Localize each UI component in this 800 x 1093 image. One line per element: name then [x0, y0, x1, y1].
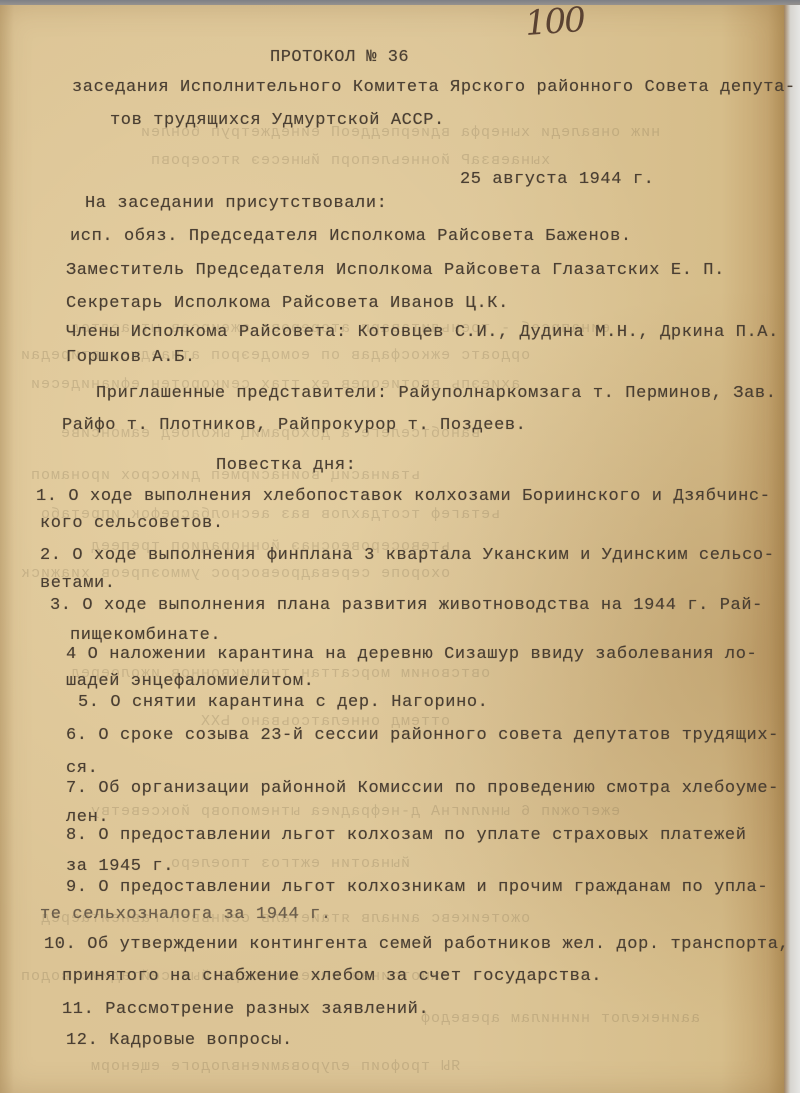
invited-line-1: Приглашенные представители: Райуполнарко… [96, 384, 777, 403]
agenda-item-continuation: кого сельсоветов. [40, 514, 224, 533]
agenda-item-text: О предоставлении льгот колхозам по уплат… [98, 826, 746, 845]
agenda-item-continuation: пищекомбинате. [70, 626, 221, 645]
agenda-item-text: Рассмотрение разных заявлений. [105, 1000, 429, 1019]
agenda-item-number: 11. [62, 1000, 94, 1019]
bleed-through-text: йынаотин ежтгоз тпоелеро [170, 855, 410, 872]
bleed-through-text: ЯЫ трофоип елуровамиенвлодоге ещенорм [90, 1058, 460, 1075]
agenda-item: 7. Об организации районной Комиссии по п… [66, 779, 779, 798]
agenda-item-text: Об утверждении контингента семей работни… [87, 935, 789, 954]
agenda-item: 9. О предоставлении льгот колхозникам и … [66, 878, 768, 897]
agenda-item-number: 10. [44, 935, 76, 954]
agenda-item-text: О ходе выполнения хлебопоставок колхозам… [68, 487, 770, 506]
agenda-item: 10. Об утверждении контингента семей раб… [44, 935, 789, 954]
invited-line-2: Райфо т. Плотников, Райпрокурор т. Позде… [62, 416, 526, 435]
agenda-item-text: Об организации районной Комиссии по пров… [98, 779, 779, 798]
agenda-item-text: О наложении карантина на деревню Сизашур… [88, 645, 758, 664]
agenda-item: 11. Рассмотрение разных заявлений. [62, 1000, 429, 1019]
agenda-item: 2. О ходе выполнения финплана 3 квартала… [40, 546, 775, 565]
document-title: ПРОТОКОЛ № 36 [270, 48, 409, 67]
scan-right-edge [784, 5, 800, 1093]
agenda-item: 5. О снятии карантина с дер. Нагорино. [78, 693, 488, 712]
agenda-item: 4 О наложении карантина на деревню Сизаш… [66, 645, 757, 664]
agenda-title: Повестка дня: [216, 456, 356, 475]
agenda-item-text: О ходе выполнения плана развития животно… [82, 596, 763, 615]
agenda-item-number: 7. [66, 779, 88, 798]
bleed-through-text: хынаевзаР йоннеьлепорп йынесеэ ятсоеровп [150, 152, 550, 169]
agenda-item-text: О снятии карантина с дер. Нагорино. [110, 693, 488, 712]
agenda-item-continuation: лен. [66, 808, 109, 827]
agenda-item-number: 1. [36, 487, 58, 506]
agenda-item-continuation: те сельхозналога за 1944 г. [40, 905, 332, 924]
attendee-line: Секретарь Исполкома Райсовета Иванов Ц.К… [66, 294, 509, 313]
attendee-line: Заместитель Председателя Исполкома Райсо… [66, 261, 725, 280]
agenda-item-text: Кадровые вопросы. [109, 1031, 293, 1050]
attendee-line: Члены Исполкома Райсовета: Котовцев С.И.… [66, 323, 779, 342]
agenda-item: 8. О предоставлении льгот колхозам по уп… [66, 826, 747, 845]
agenda-item: 6. О сроке созыва 23-й сессии районного … [66, 726, 779, 745]
agenda-item-continuation: ся. [66, 759, 98, 778]
agenda-item-number: 8. [66, 826, 88, 845]
heading-line-2: тов трудящихся Удмуртской АССР. [110, 111, 445, 130]
agenda-item-number: 4 [66, 645, 77, 664]
agenda-item-continuation: ветами. [40, 574, 116, 593]
agenda-item-number: 6. [66, 726, 88, 745]
agenda-item-text: О сроке созыва 23-й сессии районного сов… [98, 726, 779, 745]
meeting-date: 25 августа 1944 г. [460, 170, 654, 189]
folio-number-handwritten: 100 [524, 0, 586, 44]
agenda-item-continuation: принятого на снабжение хлебом за счет го… [62, 967, 602, 986]
agenda-item-text: О предоставлении льгот колхозникам и про… [98, 878, 768, 897]
agenda-item-continuation: шадей энцефаломиелитом. [66, 672, 314, 691]
agenda-item-continuation: за 1945 г. [66, 857, 174, 876]
agenda-item-number: 2. [40, 546, 62, 565]
bleed-through-text: ааинекелот ниннилам ареведоф [420, 1010, 700, 1027]
agenda-item: 12. Кадровые вопросы. [66, 1031, 293, 1050]
attendance-intro: На заседании присутствовали: [85, 194, 387, 213]
agenda-item: 1. О ходе выполнения хлебопоставок колхо… [36, 487, 771, 506]
heading-line-1: заседания Исполнительного Комитета Ярско… [72, 78, 796, 97]
agenda-item-number: 5. [78, 693, 100, 712]
agenda-item-number: 3. [50, 596, 72, 615]
bleed-through-text: ежегожип 6 ынилигнА д-нефрадиеа ытнемопо… [90, 803, 620, 820]
attendee-line: Горшков А.Б. [66, 348, 196, 367]
agenda-item-number: 9. [66, 878, 88, 897]
agenda-item: 3. О ходе выполнения плана развития живо… [50, 596, 763, 615]
agenda-item-number: 12. [66, 1031, 98, 1050]
attendee-line: исп. обяз. Председателя Исполкома Райсов… [70, 227, 632, 246]
agenda-item-text: О ходе выполнения финплана 3 квартала Ук… [72, 546, 774, 565]
